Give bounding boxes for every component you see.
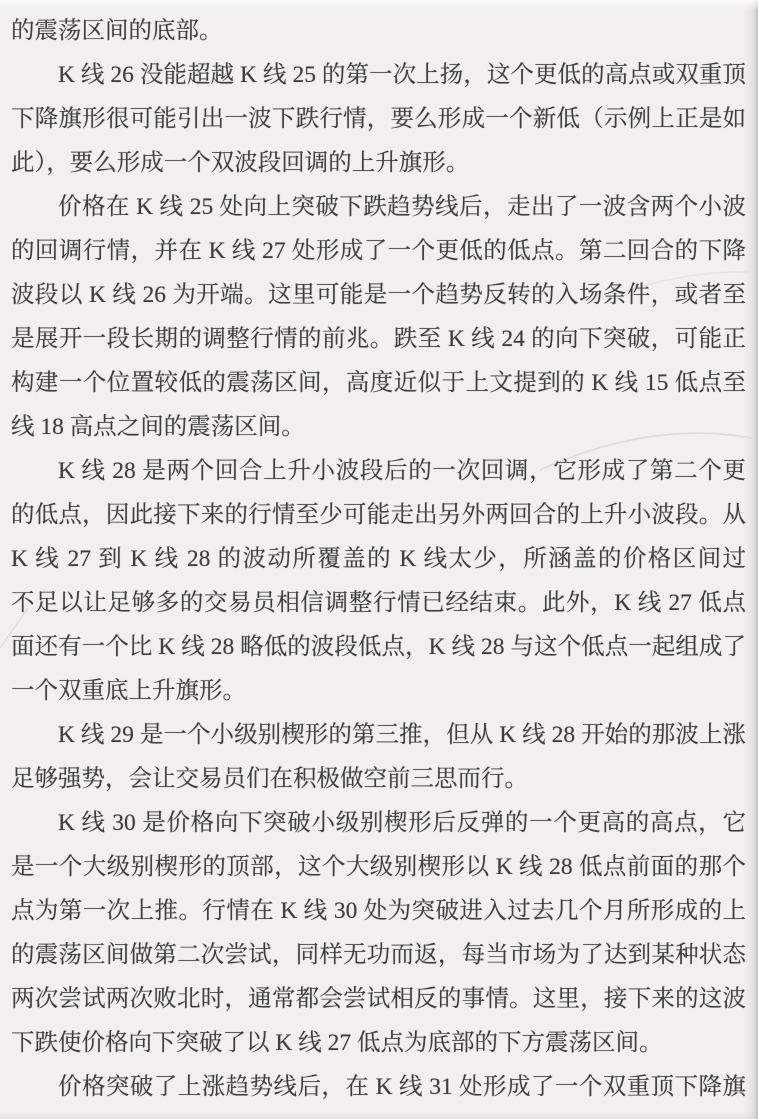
text-line: 的震荡区间做第二次尝试，同样无功而返，每当市场为了达到某种状态 [11, 933, 746, 977]
text-line: K 线 27 到 K 线 28 的波动所覆盖的 K 线太少，所涵盖的价格区间过窄… [11, 537, 746, 581]
text-line: 此），要么形成一个双波段回调的上升旗形。 [11, 141, 746, 185]
text-line: 下降旗形很可能引出一波下跌行情，要么形成一个新低（示例上正是如 [11, 97, 746, 141]
text-line: 线 18 高点之间的震荡区间。 [11, 405, 746, 449]
text-line: K 线 30 是价格向下突破小级别楔形后反弹的一个更高的高点，它也 [11, 801, 746, 845]
text-line: 不足以让足够多的交易员相信调整行情已经结束。此外，K 线 27 低点后 [11, 581, 746, 625]
text-line: 的低点，因此接下来的行情至少可能走出另外两回合的上升小波段。从 [11, 493, 746, 537]
text-line: 是展开一段长期的调整行情的前兆。跌至 K 线 24 的向下突破，可能正在 [11, 317, 746, 361]
scanned-book-page: 的震荡区间的底部。K 线 26 没能超越 K 线 25 的第一次上扬，这个更低的… [0, 0, 758, 1119]
text-line: 面还有一个比 K 线 28 略低的波段低点，K 线 28 与这个低点一起组成了 [11, 625, 746, 669]
text-line: K 线 26 没能超越 K 线 25 的第一次上扬，这个更低的高点或双重顶 [11, 53, 746, 97]
text-line: 是一个大级别楔形的顶部，这个大级别楔形以 K 线 28 低点前面的那个高 [11, 845, 746, 889]
text-line: 的震荡区间的底部。 [11, 9, 746, 53]
text-line: 构建一个位置较低的震荡区间，高度近似于上文提到的 K 线 15 低点至 K [11, 361, 746, 405]
text-line: 波段以 K 线 26 为开端。这里可能是一个趋势反转的入场条件，或者至少 [11, 273, 746, 317]
text-line: 足够强势，会让交易员们在积极做空前三思而行。 [11, 757, 746, 801]
body-text: 的震荡区间的底部。K 线 26 没能超越 K 线 25 的第一次上扬，这个更低的… [11, 9, 746, 1109]
text-line: 下跌使价格向下突破了以 K 线 27 低点为底部的下方震荡区间。 [11, 1021, 746, 1065]
text-line: 一个双重底上升旗形。 [11, 669, 746, 713]
text-line: 点为第一次上推。行情在 K 线 30 处为突破进入过去几个月所形成的上方 [11, 889, 746, 933]
text-line: 价格突破了上涨趋势线后，在 K 线 31 处形成了一个双重顶下降旗 [11, 1065, 746, 1109]
text-line: K 线 28 是两个回合上升小波段后的一次回调，它形成了第二个更高 [11, 449, 746, 493]
text-line: 的回调行情，并在 K 线 27 处形成了一个更低的低点。第二回合的下降小 [11, 229, 746, 273]
text-line: 两次尝试两次败北时，通常都会尝试相反的事情。这里，接下来的这波 [11, 977, 746, 1021]
text-line: 价格在 K 线 25 处向上突破下跌趋势线后，走出了一波含两个小波段 [11, 185, 746, 229]
text-line: K 线 29 是一个小级别楔形的第三推，但从 K 线 28 开始的那波上涨 [11, 713, 746, 757]
